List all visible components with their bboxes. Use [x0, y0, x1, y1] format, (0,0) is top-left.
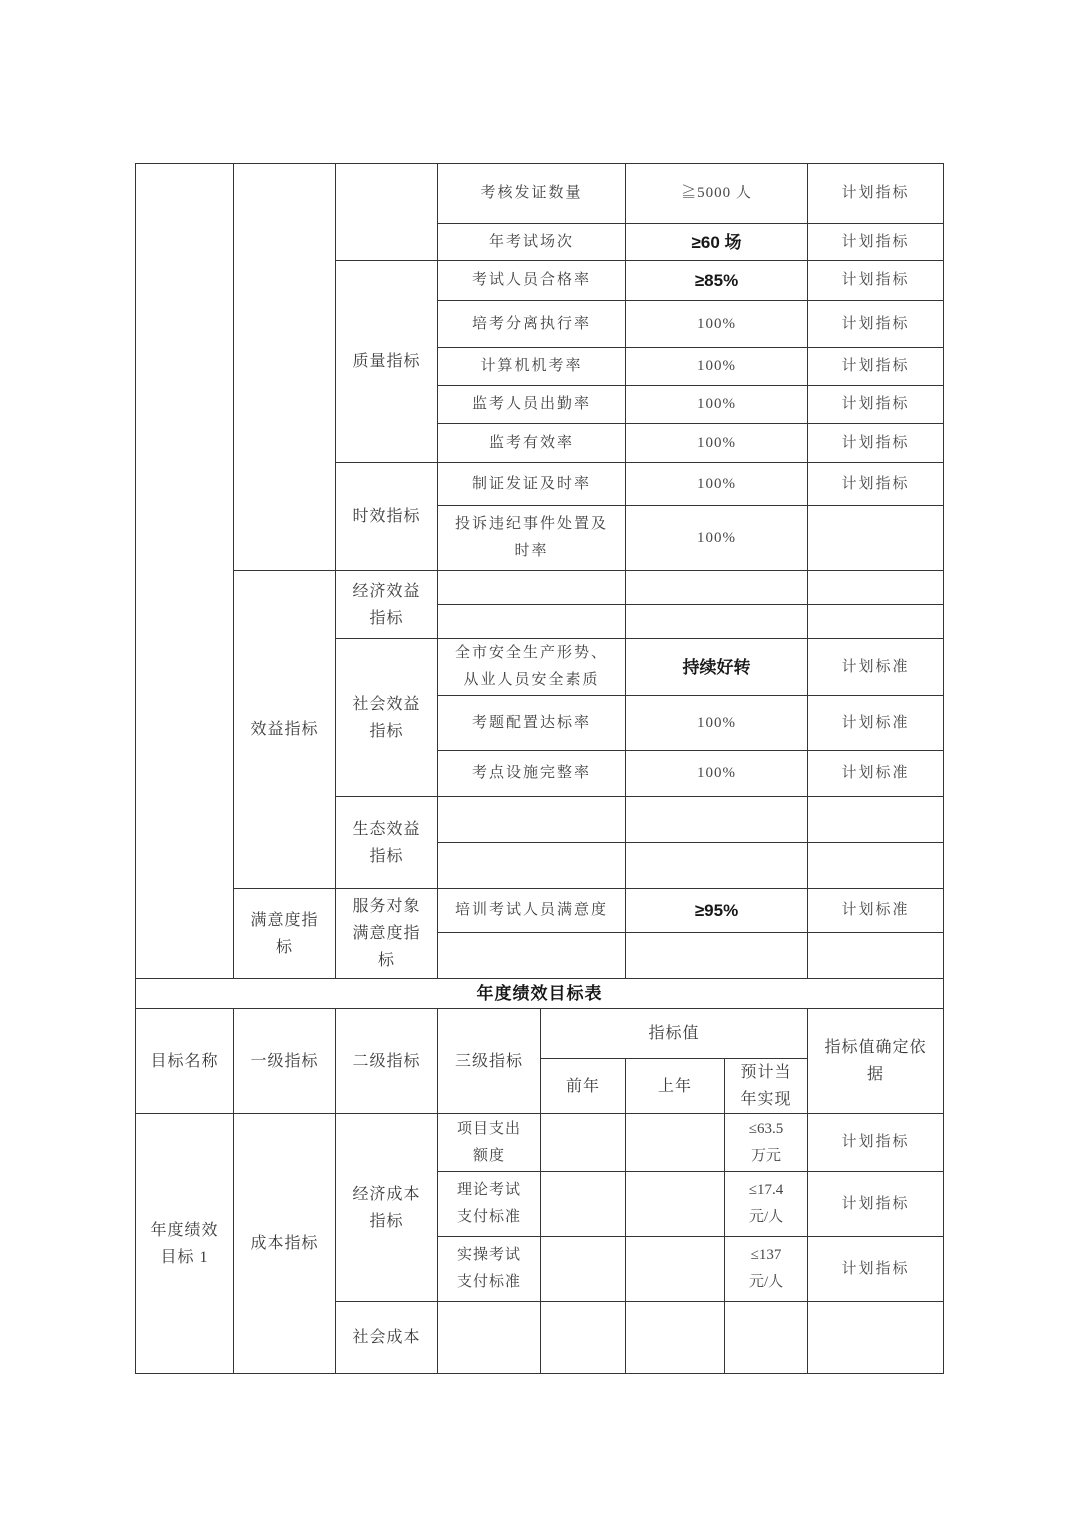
indicator-value-cell: 100%	[626, 386, 808, 424]
goal-name-cell: 年度绩效目标 1	[136, 1114, 234, 1374]
indicator-value-cell: ≥95%	[626, 889, 808, 933]
table-row: 效益指标 经济效益指标	[136, 571, 944, 605]
indicator-name-cell: 监考有效率	[438, 424, 626, 463]
empty-cell	[438, 933, 626, 979]
empty-cell	[541, 1237, 626, 1302]
indicator-value-cell: 100%	[626, 463, 808, 506]
empty-cell	[626, 843, 808, 889]
indicator-name-cell: 理论考试支付标准	[438, 1172, 541, 1237]
empty-cell	[808, 933, 944, 979]
indicator-name-cell: 年考试场次	[438, 224, 626, 261]
indicator-value-cell: 100%	[626, 348, 808, 386]
header-indicator-value: 指标值	[541, 1009, 808, 1059]
indicator-name-cell: 实操考试支付标准	[438, 1237, 541, 1302]
empty-cell	[626, 1302, 725, 1374]
header-year-before-last: 前年	[541, 1059, 626, 1114]
value-basis-cell: 计划指标	[808, 386, 944, 424]
empty-cell	[438, 605, 626, 639]
indicator-value-cell: 100%	[626, 696, 808, 751]
expected-value-cell: ≤63.5 万元	[725, 1114, 808, 1172]
value-basis-cell: 计划指标	[808, 1172, 944, 1237]
document-page: 考核发证数量 ≧5000 人 计划指标 年考试场次 ≥60 场 计划指标 质量指…	[0, 0, 1074, 1520]
empty-cell	[438, 843, 626, 889]
value-basis-cell: 计划指标	[808, 261, 944, 301]
expected-value-cell: ≤17.4 元/人	[725, 1172, 808, 1237]
empty-cell	[626, 933, 808, 979]
group-quality-cell: 质量指标	[336, 261, 438, 463]
indicator-value-cell: ≥60 场	[626, 224, 808, 261]
header-level2-indicator: 二级指标	[336, 1009, 438, 1114]
empty-cell	[626, 797, 808, 843]
empty-cell	[626, 1172, 725, 1237]
empty-cell	[541, 1172, 626, 1237]
value-basis-cell: 计划指标	[808, 463, 944, 506]
group-satisfaction-cell: 满意度指标	[234, 889, 336, 979]
indicator-name-cell: 考试人员合格率	[438, 261, 626, 301]
empty-cell	[336, 164, 438, 261]
group-benefit-cell: 效益指标	[234, 571, 336, 889]
performance-indicator-table: 考核发证数量 ≧5000 人 计划指标 年考试场次 ≥60 场 计划指标 质量指…	[135, 163, 944, 1374]
value-basis-cell: 计划标准	[808, 639, 944, 696]
indicator-name-cell: 考题配置达标率	[438, 696, 626, 751]
empty-cell	[725, 1302, 808, 1374]
indicator-value-cell: 100%	[626, 751, 808, 797]
indicator-name-cell: 计算机机考率	[438, 348, 626, 386]
empty-cell	[438, 571, 626, 605]
value-basis-cell: 计划指标	[808, 301, 944, 348]
indicator-value-cell: 100%	[626, 301, 808, 348]
empty-cell	[541, 1302, 626, 1374]
empty-cell	[626, 1114, 725, 1172]
value-basis-cell: 计划指标	[808, 348, 944, 386]
expected-value-cell: ≤137 元/人	[725, 1237, 808, 1302]
value-basis-cell: 计划指标	[808, 164, 944, 224]
empty-cell	[808, 605, 944, 639]
annual-table-title: 年度绩效目标表	[136, 979, 944, 1009]
indicator-name-cell: 监考人员出勤率	[438, 386, 626, 424]
header-goal-name: 目标名称	[136, 1009, 234, 1114]
value-basis-cell: 计划标准	[808, 696, 944, 751]
indicator-name-cell: 项目支出额度	[438, 1114, 541, 1172]
table-row: 考核发证数量 ≧5000 人 计划指标	[136, 164, 944, 224]
group-economic-cost-cell: 经济成本指标	[336, 1114, 438, 1302]
value-basis-cell: 计划指标	[808, 224, 944, 261]
header-level1-indicator: 一级指标	[234, 1009, 336, 1114]
table-row: 目标名称 一级指标 二级指标 三级指标 指标值 指标值确定依据	[136, 1009, 944, 1059]
empty-cell	[234, 164, 336, 571]
empty-cell	[626, 571, 808, 605]
indicator-name-cell: 考点设施完整率	[438, 751, 626, 797]
empty-cell	[808, 843, 944, 889]
group-ecological-benefit-cell: 生态效益指标	[336, 797, 438, 889]
empty-cell	[136, 164, 234, 979]
value-basis-cell: 计划标准	[808, 889, 944, 933]
empty-cell	[626, 1237, 725, 1302]
group-social-cost-cell: 社会成本	[336, 1302, 438, 1374]
value-basis-cell	[808, 506, 944, 571]
indicator-name-cell: 投诉违纪事件处置及时率	[438, 506, 626, 571]
empty-cell	[808, 797, 944, 843]
value-basis-cell: 计划指标	[808, 424, 944, 463]
value-basis-cell: 计划指标	[808, 1114, 944, 1172]
indicator-value-cell: 100%	[626, 506, 808, 571]
indicator-name-cell: 制证发证及时率	[438, 463, 626, 506]
indicator-name-cell: 培考分离执行率	[438, 301, 626, 348]
header-last-year: 上年	[626, 1059, 725, 1114]
header-value-basis: 指标值确定依据	[808, 1009, 944, 1114]
value-basis-cell: 计划指标	[808, 1237, 944, 1302]
empty-cell	[438, 797, 626, 843]
empty-cell	[541, 1114, 626, 1172]
indicator-name-cell: 全市安全生产形势、从业人员安全素质	[438, 639, 626, 696]
header-current-year-expected: 预计当年实现	[725, 1059, 808, 1114]
header-level3-indicator: 三级指标	[438, 1009, 541, 1114]
value-basis-cell: 计划标准	[808, 751, 944, 797]
table-row: 年度绩效目标表	[136, 979, 944, 1009]
group-timeliness-cell: 时效指标	[336, 463, 438, 571]
empty-cell	[808, 1302, 944, 1374]
table-row: 年度绩效目标 1 成本指标 经济成本指标 项目支出额度 ≤63.5 万元 计划指…	[136, 1114, 944, 1172]
indicator-value-cell: ≧5000 人	[626, 164, 808, 224]
group-service-satisfaction-cell: 服务对象满意度指标	[336, 889, 438, 979]
indicator-name-cell: 培训考试人员满意度	[438, 889, 626, 933]
empty-cell	[808, 571, 944, 605]
indicator-value-cell: 持续好转	[626, 639, 808, 696]
group-cost-cell: 成本指标	[234, 1114, 336, 1374]
group-economic-benefit-cell: 经济效益指标	[336, 571, 438, 639]
empty-cell	[626, 605, 808, 639]
group-social-benefit-cell: 社会效益指标	[336, 639, 438, 797]
indicator-name-cell: 考核发证数量	[438, 164, 626, 224]
empty-cell	[438, 1302, 541, 1374]
table-row: 满意度指标 服务对象满意度指标 培训考试人员满意度 ≥95% 计划标准	[136, 889, 944, 933]
indicator-value-cell: 100%	[626, 424, 808, 463]
indicator-value-cell: ≥85%	[626, 261, 808, 301]
